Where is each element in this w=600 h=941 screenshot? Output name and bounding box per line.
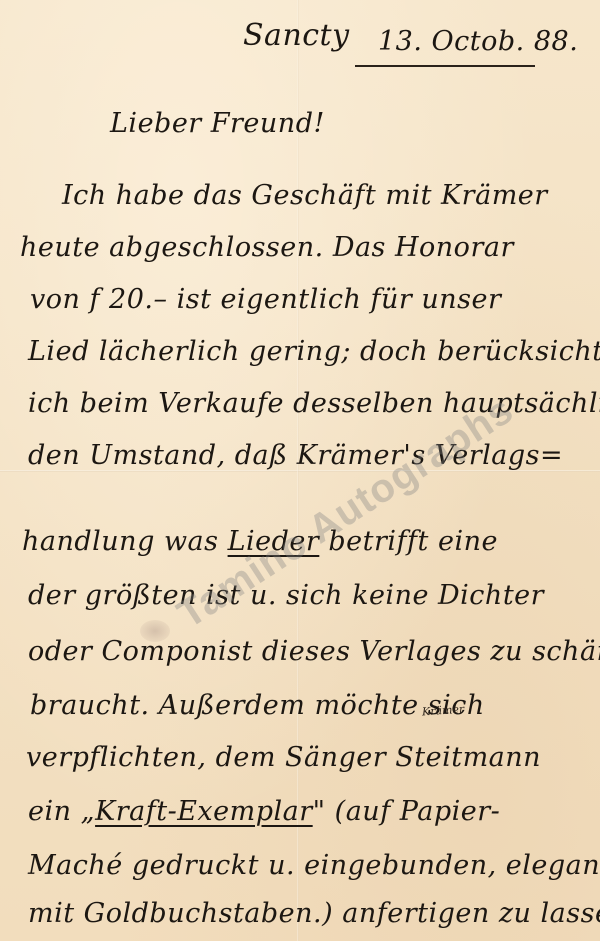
letter-line-4: Lied lächerlich gering; doch berücksicht… (28, 336, 600, 367)
letter-line-3: von f 20.– ist eigentlich für unser (30, 284, 501, 315)
line-12-before: ein „ (28, 796, 95, 827)
ink-smudge (140, 620, 170, 642)
date-underline (355, 65, 535, 67)
letter-line-14: mit Goldbuchstaben.) anfertigen zu lasse… (28, 898, 600, 929)
underlined-kraft-exemplar: Kraft-Exemplar (95, 796, 313, 827)
letter-page: Sancty 13. Octob. 88. Lieber Freund! Ich… (0, 0, 600, 941)
line-7-before: handlung was (22, 526, 228, 557)
letter-line-11: verpflichten, dem Sänger Steitmann (26, 742, 541, 773)
letter-line-12: ein „Kraft-Exemplar" (auf Papier- (28, 796, 500, 827)
letter-line-13: Maché gedruckt u. eingebunden, elegant (28, 850, 600, 881)
letter-line-10: braucht. Außerdem möchte sich (30, 690, 485, 721)
letter-line-1: Ich habe das Geschäft mit Krämer (62, 180, 548, 211)
line-12-after: " (auf Papier- (313, 796, 501, 827)
letter-line-8: der größten ist u. sich keine Dichter (28, 580, 544, 611)
letter-date: 13. Octob. 88. (378, 26, 578, 57)
letter-place: Sancty (243, 18, 350, 53)
letter-line-2: heute abgeschlossen. Das Honorar (20, 232, 514, 263)
letter-salutation: Lieber Freund! (110, 108, 325, 139)
letter-line-9: oder Componist dieses Verlages zu schäme… (28, 636, 600, 667)
